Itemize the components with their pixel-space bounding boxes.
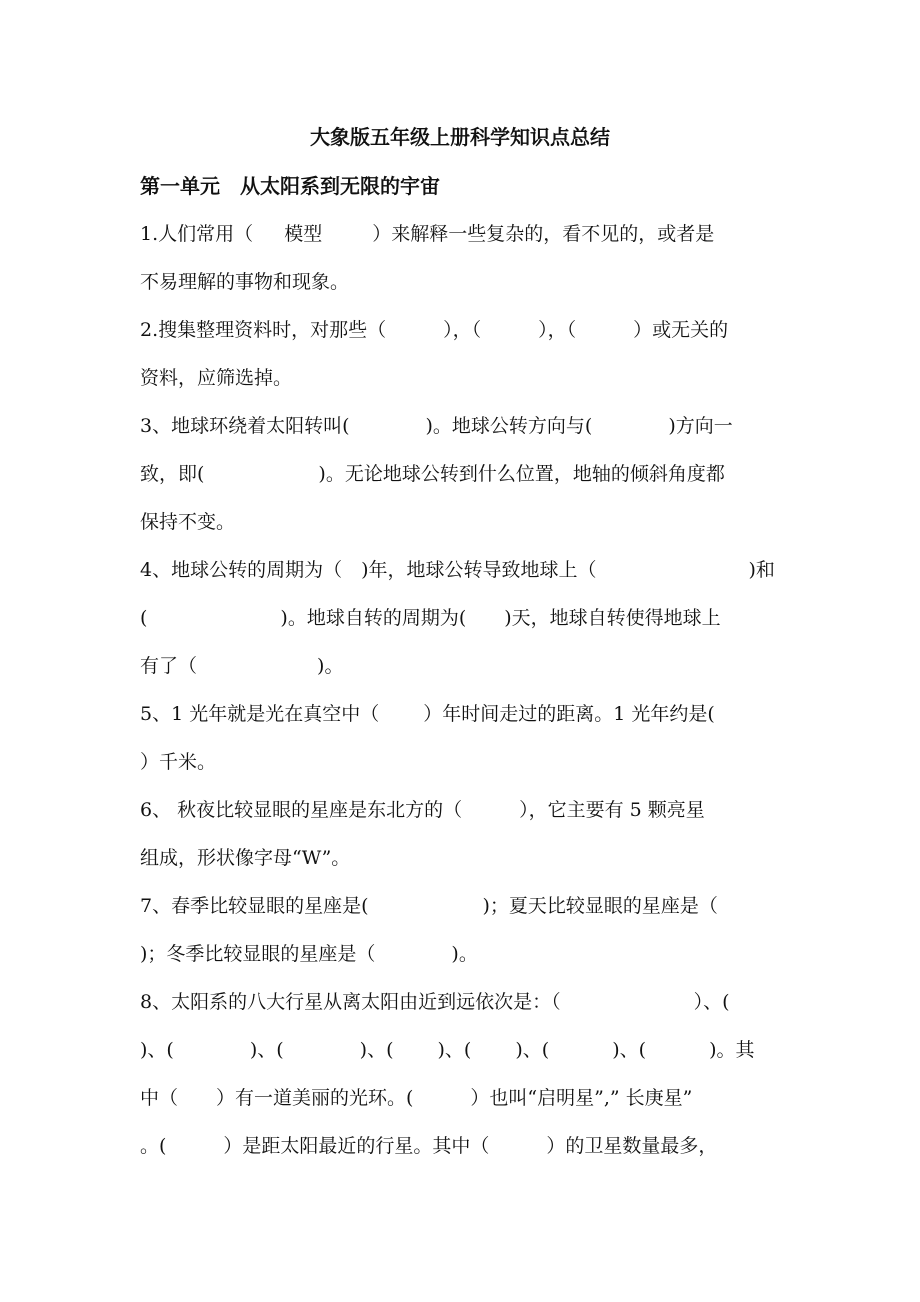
text-line: 3、地球环绕着太阳转叫( )。地球公转方向与( )方向一 [140,414,733,438]
text-line: 有了（ )。 [140,654,343,678]
text-line: 2.搜集整理资料时，对那些（ ），（ ），（ ）或无关的 [140,318,728,342]
text-line: )、( )、( )、( )、( )、( )、( )。其 [140,1038,755,1062]
text-line: 1.人们常用（ 模型 ）来解释一些复杂的，看不见的，或者是 [140,222,714,246]
text-line: 致，即( )。无论地球公转到什么位置，地轴的倾斜角度都 [140,462,725,486]
unit-heading: 第一单元 从太阳系到无限的宇宙 [140,174,440,198]
text-line: 5、1 光年就是光在真空中（ ）年时间走过的距离。1 光年约是( [140,702,715,726]
text-line: 6、 秋夜比较显眼的星座是东北方的（ ），它主要有 5 颗亮星 [140,798,705,822]
text-line: 不易理解的事物和现象。 [140,270,349,294]
text-line: 中（ ）有一道美丽的光环。( ）也叫“启明星”,” 长庚星” [140,1086,692,1110]
text-line: 保持不变。 [140,510,235,534]
text-line: 组成，形状像字母“W”。 [140,846,350,870]
text-line: )；冬季比较显眼的星座是（ )。 [140,942,478,966]
text-line: 资料，应筛选掉。 [140,366,292,390]
text-line: 8、太阳系的八大行星从离太阳由近到远依次是：（ ）、( [140,990,730,1014]
text-line: 7、春季比较显眼的星座是( )；夏天比较显眼的星座是（ [140,894,718,918]
text-line: 4、地球公转的周期为（ )年，地球公转导致地球上（ )和 [140,558,775,582]
document-title: 大象版五年级上册科学知识点总结 [0,125,920,149]
text-line: ）千米。 [140,750,216,774]
text-line: ( )。地球自转的周期为( )天，地球自转使得地球上 [140,606,721,630]
text-line: 。( ）是距太阳最近的行星。其中（ ）的卫星数量最多， [140,1134,717,1158]
